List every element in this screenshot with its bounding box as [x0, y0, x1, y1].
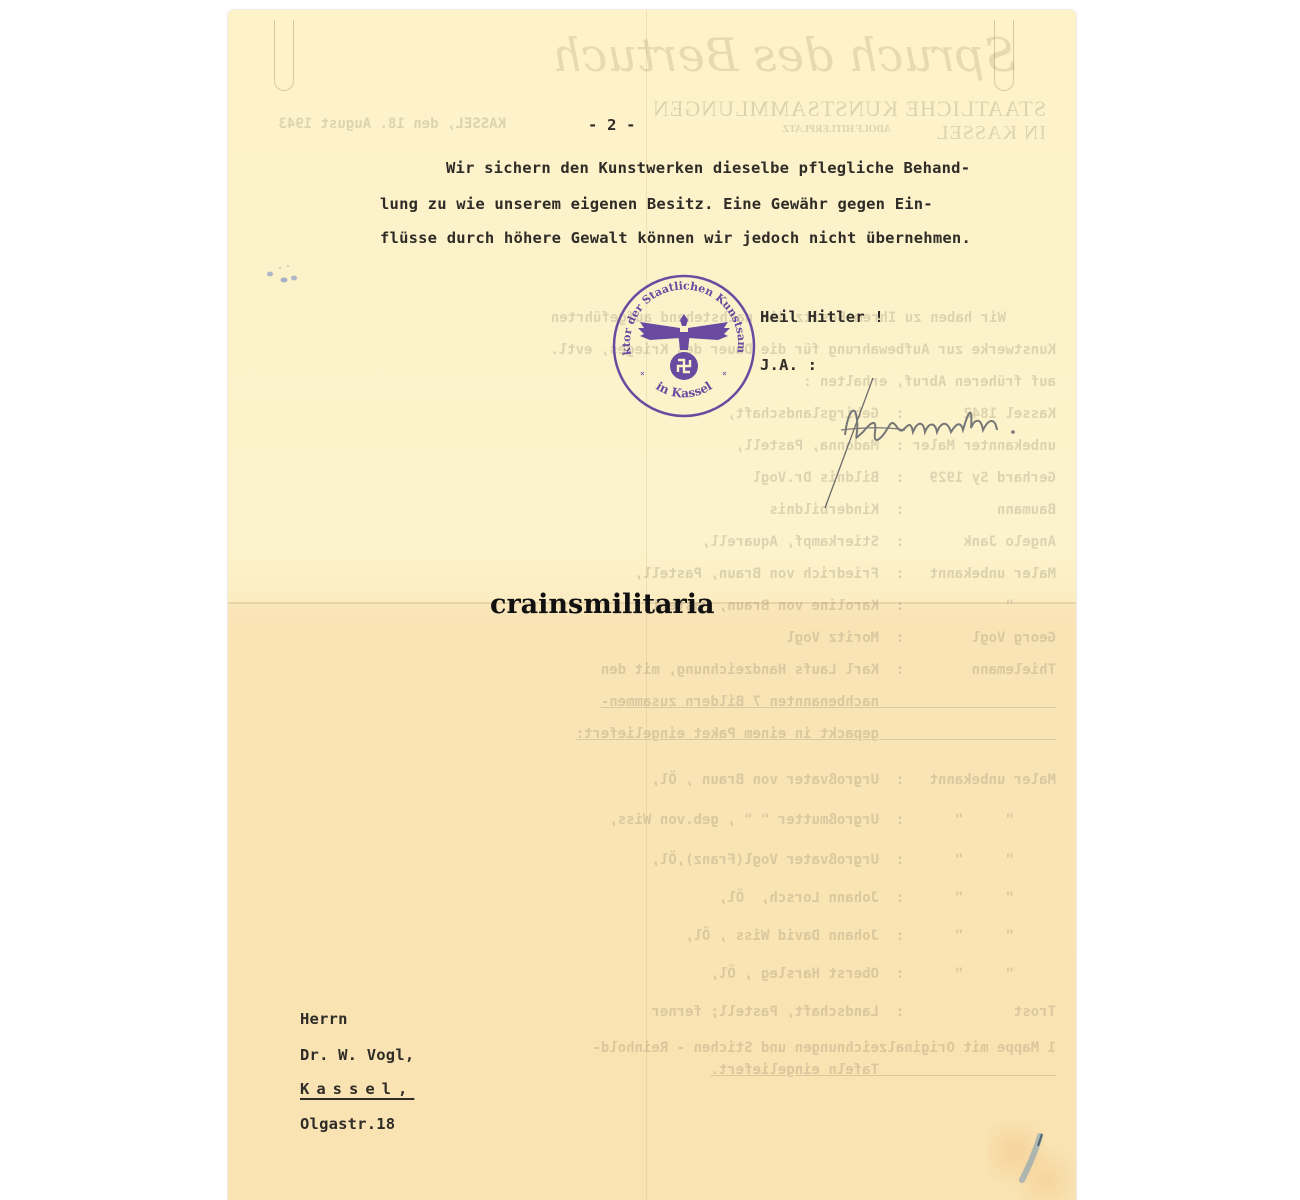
bleed-line: " " : Oberst Harsleg , Öl,: [710, 966, 1056, 982]
bleed-line: " " : Johann David Wiss , Öl,: [685, 928, 1056, 944]
document-page: Spruch des Bertuch STAATLICHE KUNSTSAMML…: [228, 10, 1076, 1200]
handwritten-signature: [785, 360, 1045, 510]
bleed-line: Georg Vogl : Moritz Vogl: [786, 630, 1056, 646]
ink-smudge-icon: [262, 260, 302, 290]
bleed-line: Maler unbekannt : Friedrich von Braun, P…: [635, 566, 1056, 582]
bleed-script: Spruch des Bertuch: [552, 28, 1016, 82]
bleed-date: KASSEL, den 18. August 1943: [278, 116, 506, 132]
body-line-2: lung zu wie unserem eigenen Besitz. Eine…: [380, 195, 933, 213]
bleed-line: Thielemann : Karl Laufs Handzeichnung, m…: [601, 662, 1056, 678]
bleed-line: Angelo Jank : Stierkampf, Aquarell,: [702, 534, 1056, 550]
official-stamp: Der Direktor der Staatlichen Kunstsammlu…: [610, 272, 758, 420]
bleed-line: Maler unbekannt : Urgroßvater von Braun …: [651, 772, 1056, 788]
bleed-line: 1 Mappe mit Originalzeichnungen und Stic…: [592, 1040, 1056, 1056]
recipient-salutation: Herrn: [300, 1010, 348, 1028]
svg-text:in Kassel: in Kassel: [653, 379, 714, 401]
bleed-line: Tafeln eingeliefert.: [710, 1062, 1056, 1078]
svg-text:×: ×: [640, 369, 645, 378]
svg-text:×: ×: [722, 369, 727, 378]
svg-text:Der Direktor der Staatlichen K: Der Direktor der Staatlichen Kunstsammlu…: [610, 272, 748, 356]
pen-mark-icon: [1018, 1130, 1048, 1190]
body-line-3: flüsse durch höhere Gewalt können wir je…: [380, 229, 971, 247]
bleed-letterhead-3: ADOLF HITLERPLATZ: [782, 124, 891, 135]
bleed-line: Trost : Landschaft, Pastell; ferner: [651, 1004, 1056, 1020]
bleed-line: nachbenannten 7 Bildern zusammen-: [601, 694, 1056, 710]
body-line-1: Wir sichern den Kunstwerken dieselbe pfl…: [446, 159, 970, 177]
recipient-name: Dr. W. Vogl,: [300, 1046, 414, 1064]
bleed-line: gepackt in einem Paket eingeliefert:: [576, 726, 1056, 742]
bleed-letterhead-1: STAATLICHE KUNSTSAMMLUNGEN: [652, 96, 1046, 122]
page-number: - 2 -: [588, 116, 636, 134]
bleed-line: " " : Urgroßmutter " " , geb.von Wiss,: [609, 812, 1056, 828]
bleed-line: " " : Urgroßvater Vogl(Franz),Öl,: [651, 852, 1056, 868]
watermark-text: crainsmilitaria: [490, 589, 715, 620]
bleed-letterhead-2: IN KASSEL: [935, 122, 1046, 145]
closing-greeting: Heil Hitler !: [760, 308, 884, 326]
recipient-street: Olgastr.18: [300, 1115, 395, 1133]
bleed-line: " " : Johann Lorsch, Öl,: [719, 890, 1056, 906]
recipient-city: Kassel,: [300, 1080, 414, 1098]
